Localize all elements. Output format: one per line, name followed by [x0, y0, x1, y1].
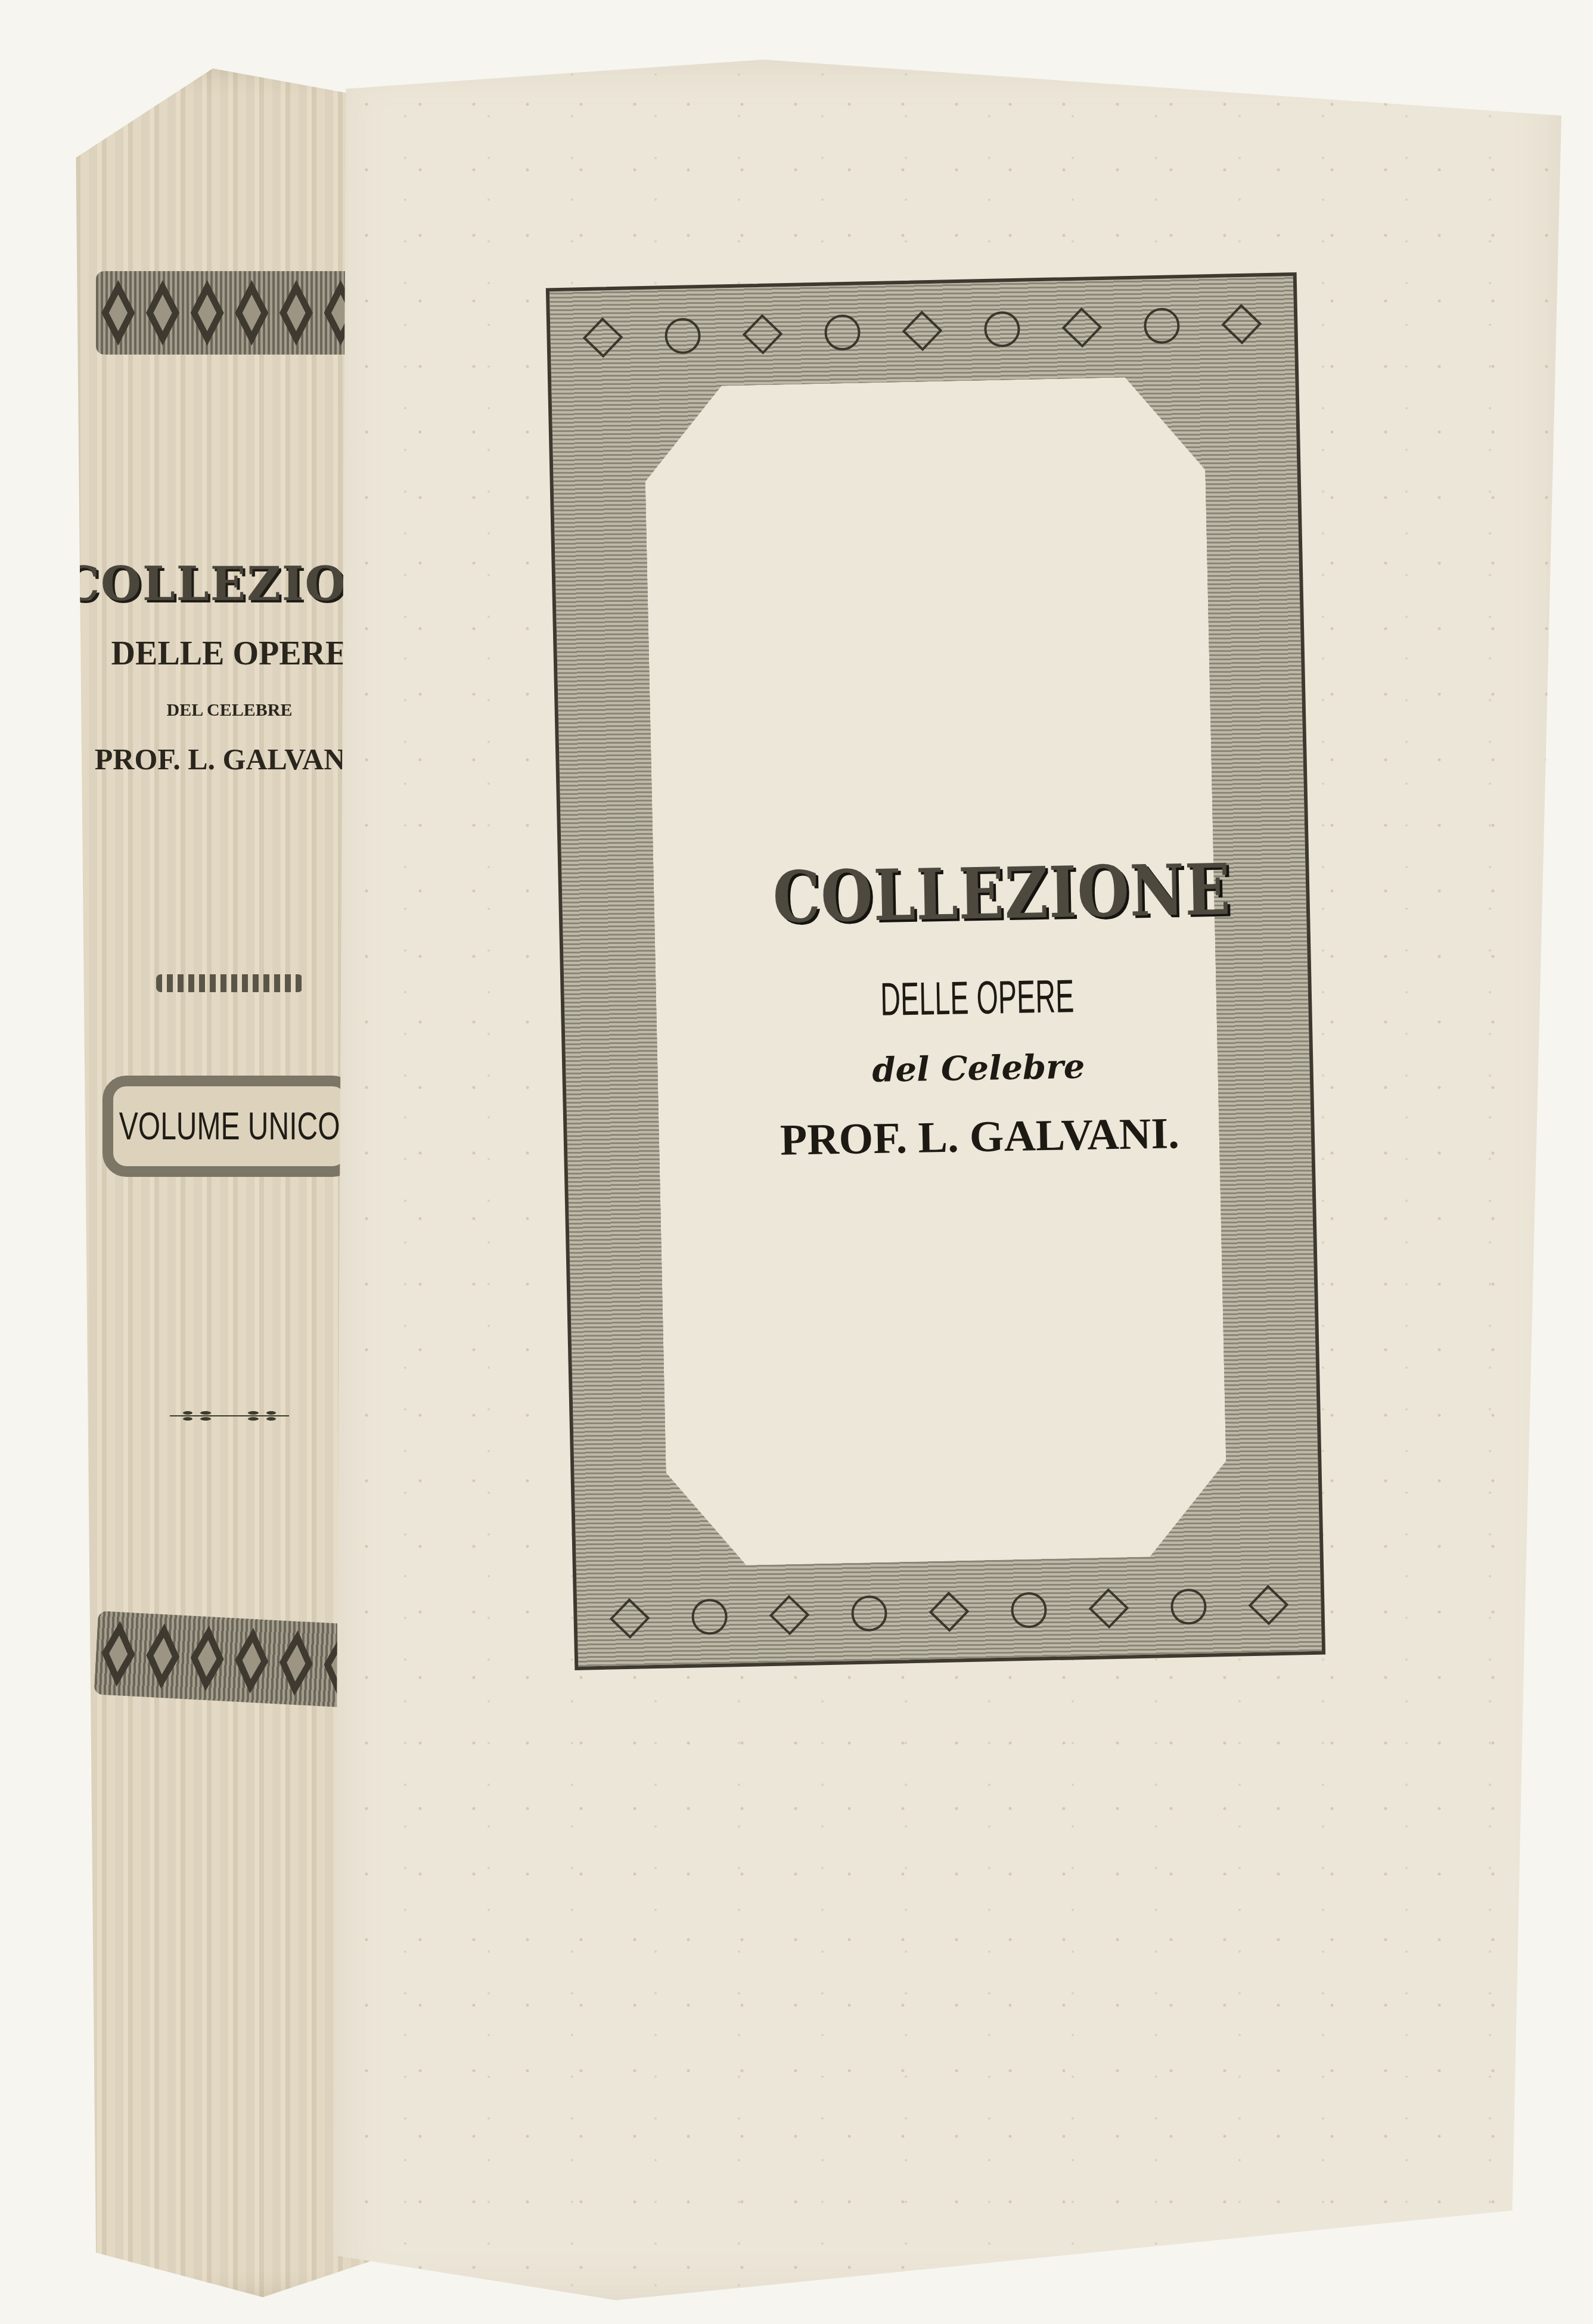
cover-title-block: COLLEZIONE DELLE OPERE del Celebre PROF.… — [737, 848, 1219, 1167]
diamond-ornament-icon — [146, 280, 179, 346]
book-photo: COLLEZIONE DELLE OPERE DEL CELEBRE PROF.… — [0, 0, 1593, 2324]
diamond-ornament-icon — [101, 280, 135, 346]
diamond-ornament-icon — [191, 280, 224, 346]
diamond-ornament-icon — [189, 1625, 226, 1692]
diamond-ornament-icon — [100, 1620, 137, 1688]
diamond-ornament-icon — [235, 280, 268, 346]
diamond-ornament-icon — [233, 1627, 270, 1695]
spine-diamond-band-top — [96, 271, 363, 355]
diamond-ornament-icon — [278, 1629, 315, 1697]
laurel-sprig-icon — [163, 1409, 296, 1422]
cover-title: COLLEZIONE — [772, 849, 1179, 939]
diamond-ornament-icon — [280, 280, 313, 346]
cover-small-line: del Celebre — [740, 1045, 1217, 1092]
volume-label-frame: VOLUME UNICO — [103, 1076, 356, 1177]
floral-rule-icon — [156, 974, 303, 992]
volume-label: VOLUME UNICO — [119, 1104, 340, 1148]
cover-author: PROF. L. GALVANI. — [741, 1108, 1218, 1167]
diamond-ornament-icon — [144, 1623, 181, 1690]
cover-subtitle: DELLE OPERE — [834, 968, 1121, 1027]
spine-diamond-band-bottom — [94, 1611, 365, 1708]
